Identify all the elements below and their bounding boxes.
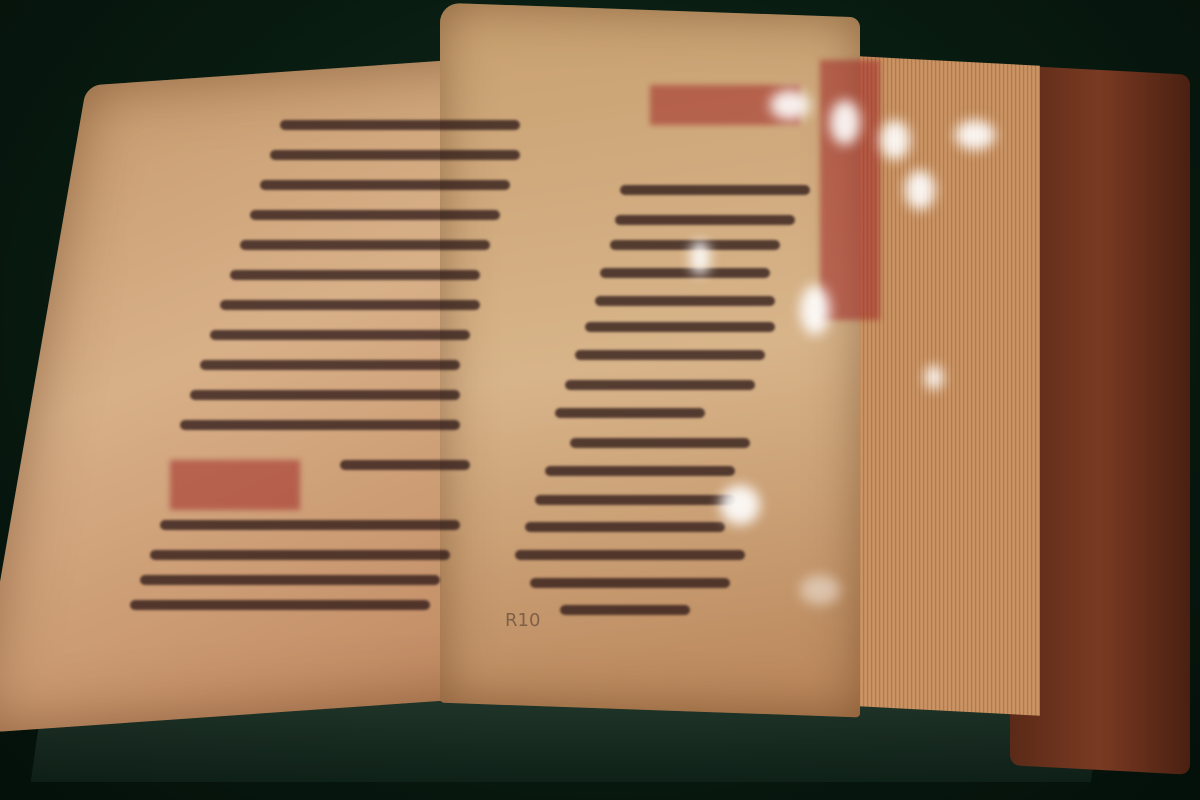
museum-display: R10 — [0, 0, 1200, 800]
pencil-mark: R10 — [505, 610, 540, 631]
rubric-left — [170, 460, 300, 510]
illuminated-ornament — [820, 60, 880, 320]
